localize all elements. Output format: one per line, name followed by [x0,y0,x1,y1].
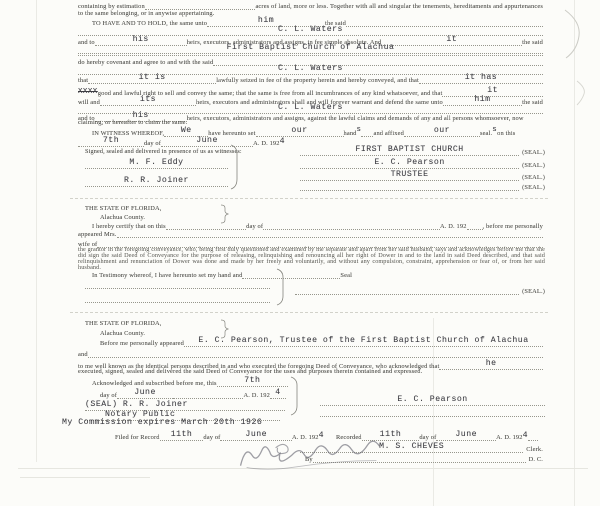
printed-text: A. D. 192 [496,434,523,441]
typed-fill: FIRST BAPTIST CHURCH [300,147,519,156]
printed-text: THE STATE OF FLORIDA, [85,320,161,327]
printed-text: THE STATE OF FLORIDA, [85,205,161,212]
line-and-blank: and [78,351,543,358]
printed-text: day of [246,223,263,230]
fold-line-left [36,0,37,462]
line-in-witness: IN WITNESS WHEREOF, We have hereunto set… [92,128,543,137]
notary-bracket [290,376,300,416]
typed-entry: him [474,96,490,104]
typed-entry: TRUSTEE [391,171,429,179]
line-claiming: claiming, or hereafter to claim the same… [78,119,187,126]
typed-entry: C. L. Waters [278,26,343,34]
line-blank [78,52,543,56]
printed-text: hand [344,130,357,137]
typed-entry: E. C. Pearson [374,159,444,167]
dotted-blank [166,226,246,230]
binder-hole-mark [563,8,583,60]
deputy-clerk-label: D. C. [526,456,543,463]
typed-entry: 11th [171,431,193,439]
typed-fill: 4 [270,390,286,399]
line-notary-date: day of June A. D. 192 4 [100,390,286,399]
typed-entry: June [134,389,156,397]
printed-text: and affixed [373,130,403,137]
dotted-blank [173,395,243,399]
blank-line-right [320,413,545,417]
section-separator [70,198,548,199]
printed-text: A. D. 192 [253,140,280,147]
seal-label: (SEAL.) [519,288,545,295]
line-certify: I hereby certify that on this day of A. … [92,223,543,230]
line-testimony: In Testimony whereof, I have hereunto se… [92,272,352,279]
typed-fill: it is [88,75,216,84]
line-executed: executed, signed, sealed and delivered t… [78,368,422,375]
typed-fill: he [439,361,543,370]
printed-text: on this [497,130,515,137]
printed-text: heirs, executors, administrators and ass… [187,115,524,122]
signature-line-blank: (SEAL.) [300,184,545,191]
typed-entry: M. F. Eddy [129,159,183,167]
typed-fill: 7th [78,138,144,147]
printed-text: Alachua County. [100,330,145,337]
printed-text: seal. [480,130,492,137]
printed-text: day of [203,434,220,441]
dotted-blank [85,285,270,289]
typed-entry: My Commission expires March 20th 1926 [62,419,262,427]
state-heading: THE STATE OF FLORIDA, [85,205,161,212]
printed-text: appeared Mrs. [78,231,117,238]
typed-entry: 7th [244,377,260,385]
printed-text: lawfully seized in fee of the property h… [216,77,419,84]
typed-fill: 11th [160,432,204,441]
witnesses-label: Signed, sealed and delivered in presence… [85,148,242,155]
typed-entry: him [258,17,274,25]
typed-fill: E. C. Pearson [320,397,545,406]
typed-fill: 7th [217,378,288,387]
printed-text: and [78,351,88,358]
seal-label: (SEAL.) [519,184,545,191]
binder-hole-mark [576,80,588,106]
clerk-label: Clerk. [523,446,543,453]
typed-entry: it [446,36,457,44]
typed-entry: our [291,127,307,135]
dotted-blank [88,354,543,358]
printed-text: In Testimony whereof, I have hereunto se… [92,272,242,279]
printed-text: Seal [340,272,352,279]
county-heading-2: Alachua County. [100,330,145,337]
typed-entry: 4 [523,432,528,440]
fold-line-right [574,0,575,506]
typed-entry: E. C. Pearson [397,396,467,404]
section-separator [70,312,548,313]
typed-entry: E. C. Pearson, Trustee of the First Bapt… [198,337,528,345]
typed-entry: C. L. Waters [278,65,343,73]
typed-entry: 4 [275,389,280,397]
seal-label: (SEAL.) [519,149,545,156]
printed-text: acres of land, more or less. Together wi… [255,3,543,10]
typed-entry: it is [139,74,166,82]
witness-signature-2: R. R. Joiner [85,178,228,187]
printed-text: Before me personally appeared [100,340,184,347]
typed-entry: he [486,360,497,368]
typed-entry: FIRST BAPTIST CHURCH [355,146,463,154]
typed-entry: June [245,431,267,439]
typed-entry: s [492,127,497,134]
typed-fill: TRUSTEE [300,172,519,181]
dotted-blank [117,234,543,238]
typed-entry: our [434,127,450,135]
signature-line-pearson: E. C. Pearson (SEAL.) [300,160,545,169]
typed-fill: June [436,432,496,441]
typed-fill: R. R. Joiner [85,178,228,187]
seal-label: (SEAL.) [519,162,545,169]
line-before-appeared: Before me personally appeared E. C. Pear… [100,338,543,347]
witness-signature-1: M. F. Eddy [85,160,228,169]
signature-line-church: FIRST BAPTIST CHURCH (SEAL.) [300,147,545,156]
line-blank-left [85,285,270,289]
printed-text: I hereby certify that on this [92,223,166,230]
printed-text: Filed for Record [115,434,160,441]
printed-text: executed, signed, sealed and delivered t… [78,368,422,375]
typed-entry: C. L. Waters [278,104,343,112]
line-blank-left-2 [85,299,270,303]
typed-entry: 4 [280,138,285,146]
printed-text: Signed, sealed and delivered in presence… [85,148,242,155]
typed-entry: First Baptist Church of Alachua [227,44,395,52]
dower-paragraph: the grantor in the foregoing conveyance,… [78,247,545,271]
typed-entry: s [357,127,362,134]
line-belonging: to the same belonging, or in anywise app… [78,10,215,17]
dotted-blank [242,275,340,279]
typed-fill: M. F. Eddy [85,160,228,169]
printed-text: Acknowledged and subscribed before me, t… [92,380,217,387]
line-appeared-mrs: appeared Mrs. [78,231,543,238]
seal-label: (SEAL.) [519,174,545,181]
typed-entry: We [181,127,192,135]
state-heading-2: THE STATE OF FLORIDA, [85,320,161,327]
typed-entry: R. R. Joiner [124,177,189,185]
printed-text: , before me personally [483,223,543,230]
typed-entry: June [196,137,218,145]
printed-text: claiming, or hereafter to claim the same… [78,119,187,126]
line-seal-right: (SEAL.) [295,288,545,295]
page-edge-line [20,477,150,478]
printed-text: that [78,77,88,84]
printed-text: A. D. 192 [440,223,467,230]
typed-fill: our [256,128,344,137]
typed-fill: it [442,88,543,97]
state-brace [220,204,230,224]
deed-document-page: containing by estimation acres of land, … [0,0,600,506]
line-date: 7th day of June A. D. 192 4 [78,138,345,147]
commission-line: My Commission expires March 20th 1926 [62,420,262,428]
typed-entry: 7th [103,137,119,145]
printed-text: Alachua County. [100,214,145,221]
typed-fill: our [404,128,480,137]
dotted-blank [295,291,519,295]
typed-entry: (SEAL) R. R. Joiner [85,401,188,409]
typed-entry: it [487,87,498,95]
dotted-blank [320,413,545,417]
typed-entry: June [455,431,477,439]
printed-text: to the same belonging, or in anywise app… [78,10,215,17]
dotted-blank [361,133,373,137]
line-acknowledged: Acknowledged and subscribed before me, t… [92,378,288,387]
typed-entry: it has [465,74,497,82]
dotted-blank [300,187,519,191]
pearson-signature-line: E. C. Pearson [320,397,545,406]
signature-line-trustee: TRUSTEE (SEAL.) [300,172,545,181]
county-heading: Alachua County. [100,214,145,221]
printed-text: day of [144,140,161,147]
dotted-blank [78,52,543,56]
dotted-blank [263,226,440,230]
dotted-blank [467,226,483,230]
dotted-blank [85,299,270,303]
typed-strikeout: XXXX [78,89,98,96]
printed-text: day of [419,434,436,441]
dotted-blank [528,437,538,441]
line-seized: that it is lawfully seized in fee of the… [78,75,543,84]
typed-fill: E. C. Pearson [300,160,519,169]
printed-text: day of [100,392,117,399]
typed-fill: E. C. Pearson, Trustee of the First Bapt… [184,338,543,347]
typed-entry: M. S. CHEVES [379,443,444,451]
typed-entry: its [140,96,156,104]
typed-entry: his [133,36,149,44]
testimony-bracket [276,268,286,306]
typed-fill: June [117,390,173,399]
typed-fill: it has [419,75,543,84]
printed-text: A. D. 192 [243,392,270,399]
witness-bracket [230,144,240,190]
